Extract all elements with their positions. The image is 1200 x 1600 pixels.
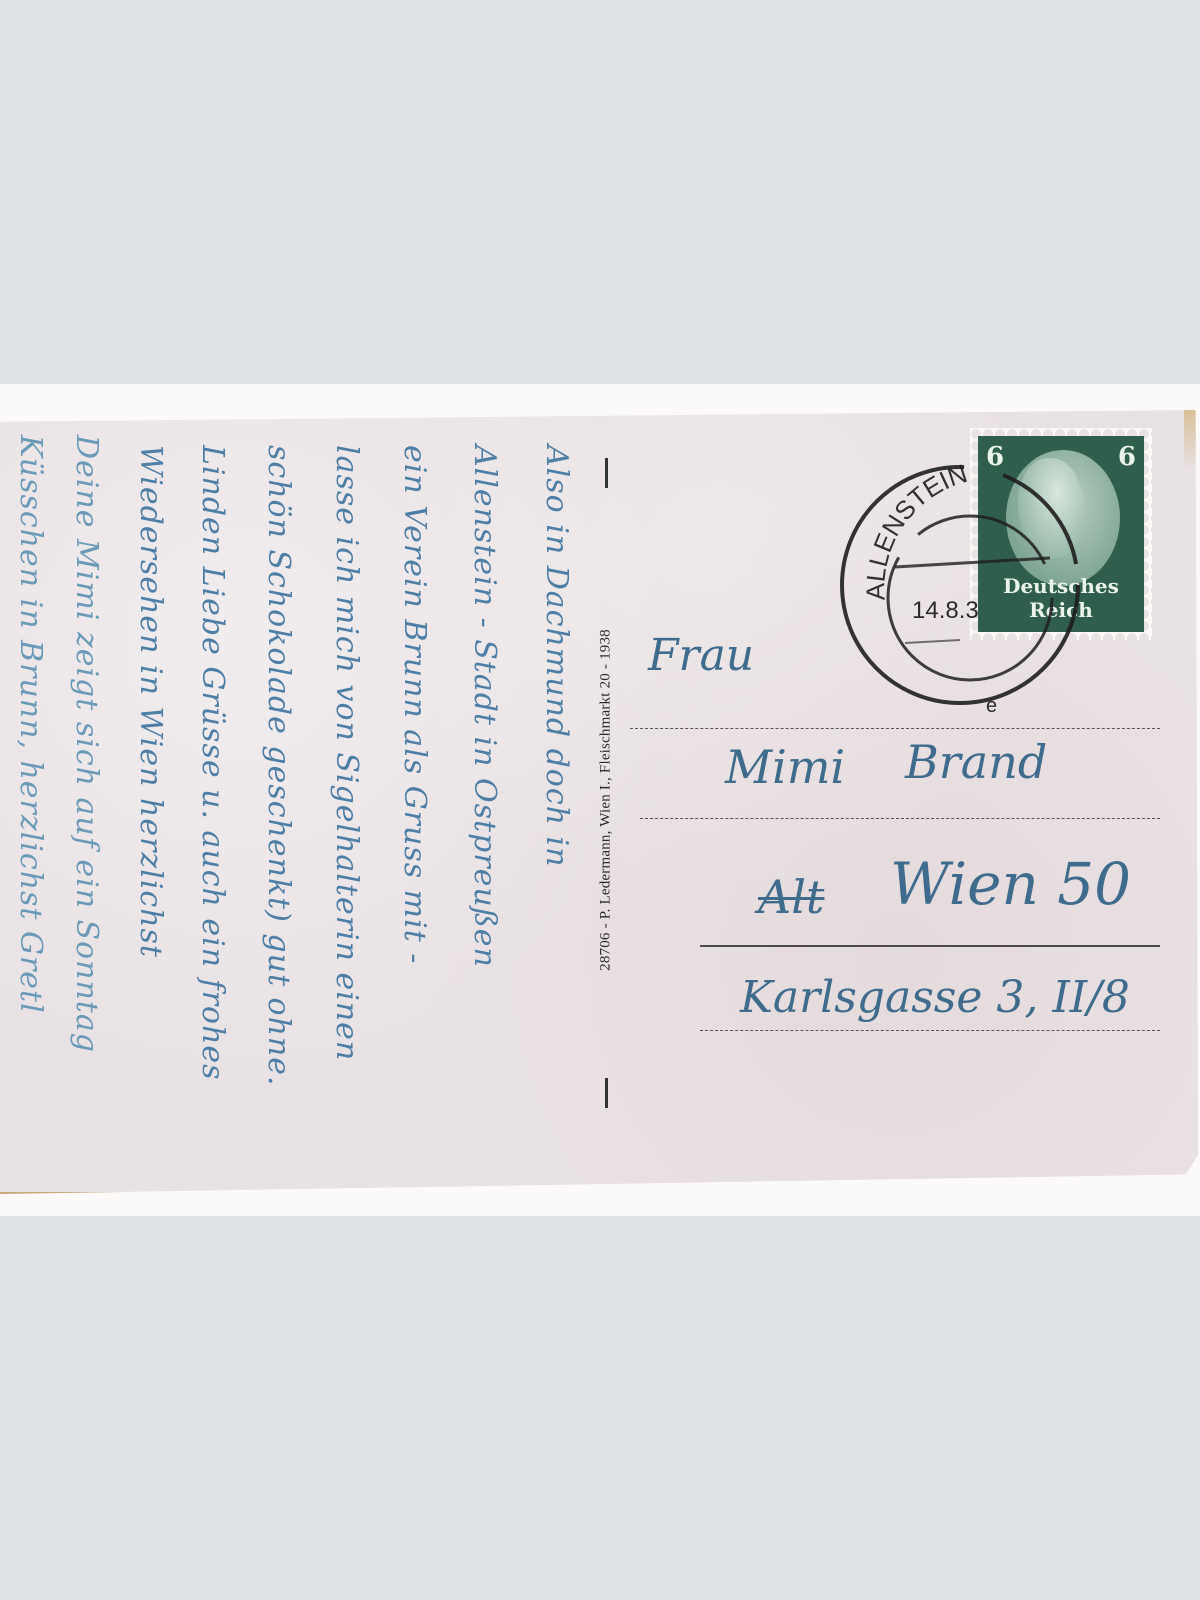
postmark-date: 14.8.3 (912, 597, 979, 624)
svg-text:ALLENSTEIN: ALLENSTEIN (860, 458, 971, 601)
postmark: ALLENSTEIN 14.8.3 e (0, 0, 1200, 1600)
postmark-code: e (986, 695, 997, 717)
postmark-town: ALLENSTEIN (860, 458, 971, 601)
